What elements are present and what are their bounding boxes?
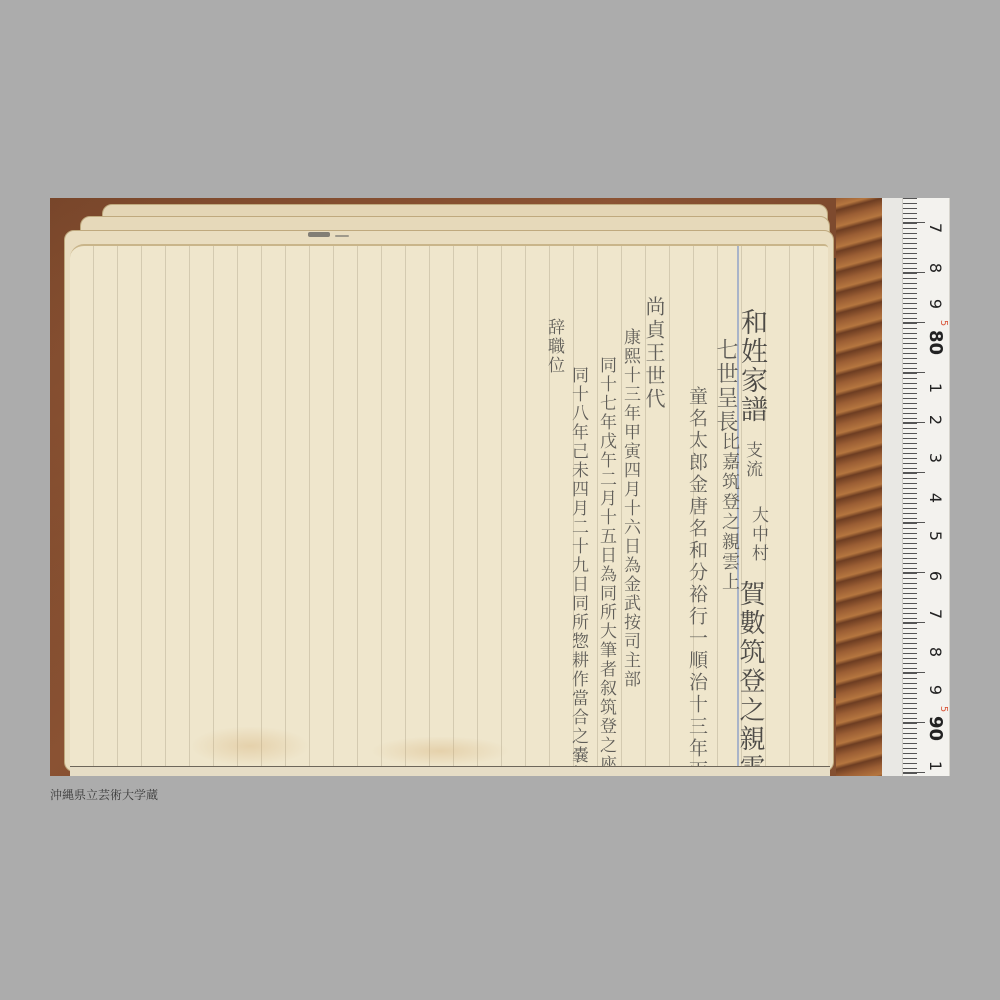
collection-caption: 沖縄県立芸術大学蔵 [50,786,158,803]
entry-text: 康熙十三年甲寅四月十六日為金武按司主部 [618,328,643,689]
childhood-name-text: 童名太郎金唐名和分裕行一順治十三年丙申五月十日生 [684,386,711,770]
ruler-label: 80 [927,330,943,354]
ruler-label: 1 [927,376,943,400]
braided-leather-edge [836,198,886,776]
ruler-label: 8 [927,640,943,664]
ruler-label: 7 [927,602,943,626]
title-annotation: 支流 [740,441,765,479]
paper-stain [190,726,310,766]
generation-label: 七世呈長 [710,338,741,434]
paper-stain [370,736,510,766]
notebook-page: 和姓家譜 支流 大中村 賀數筑登之親雲上 七世呈長 比嘉筑登之親雲上 童名太郎金… [70,244,828,770]
ink-mark [335,235,349,237]
ruler-major-ticks [903,198,925,776]
ruled-lines [70,246,828,770]
measuring-ruler: 7 8 9 5 80 1 2 3 4 5 6 7 8 9 5 90 1 [902,198,950,776]
archive-photograph: 和姓家譜 支流 大中村 賀數筑登之親雲上 七世呈長 比嘉筑登之親雲上 童名太郎金… [50,198,950,776]
entry-text: 同十八年己未四月二十九日同所惣耕作當合之嚢損仍 [566,366,591,770]
ruler-label: 7 [927,216,943,240]
entry-text: 辞職位 [542,318,567,375]
ruler-label: 90 [927,716,943,740]
ruler-label: 6 [927,564,943,588]
ruler-label: 1 [927,754,943,776]
entry-text: 同十七年戊午二月十五日為同所大筆者叙筑登之座敷 [594,356,619,770]
relation-text: 比嘉筑登之親雲上 [716,432,742,592]
ruler-label: 8 [927,256,943,280]
ruler-label: 5 [927,524,943,548]
village-name: 大中村 [746,506,771,563]
ruler-label: 4 [927,486,943,510]
reign-heading: 尚貞王世代 [640,296,669,411]
ruler-label: 2 [927,408,943,432]
page-bottom-edge [70,766,830,776]
ruler-label: 3 [927,446,943,470]
ink-mark [308,232,330,237]
person-name: 賀數筑登之親雲上 [732,580,769,770]
